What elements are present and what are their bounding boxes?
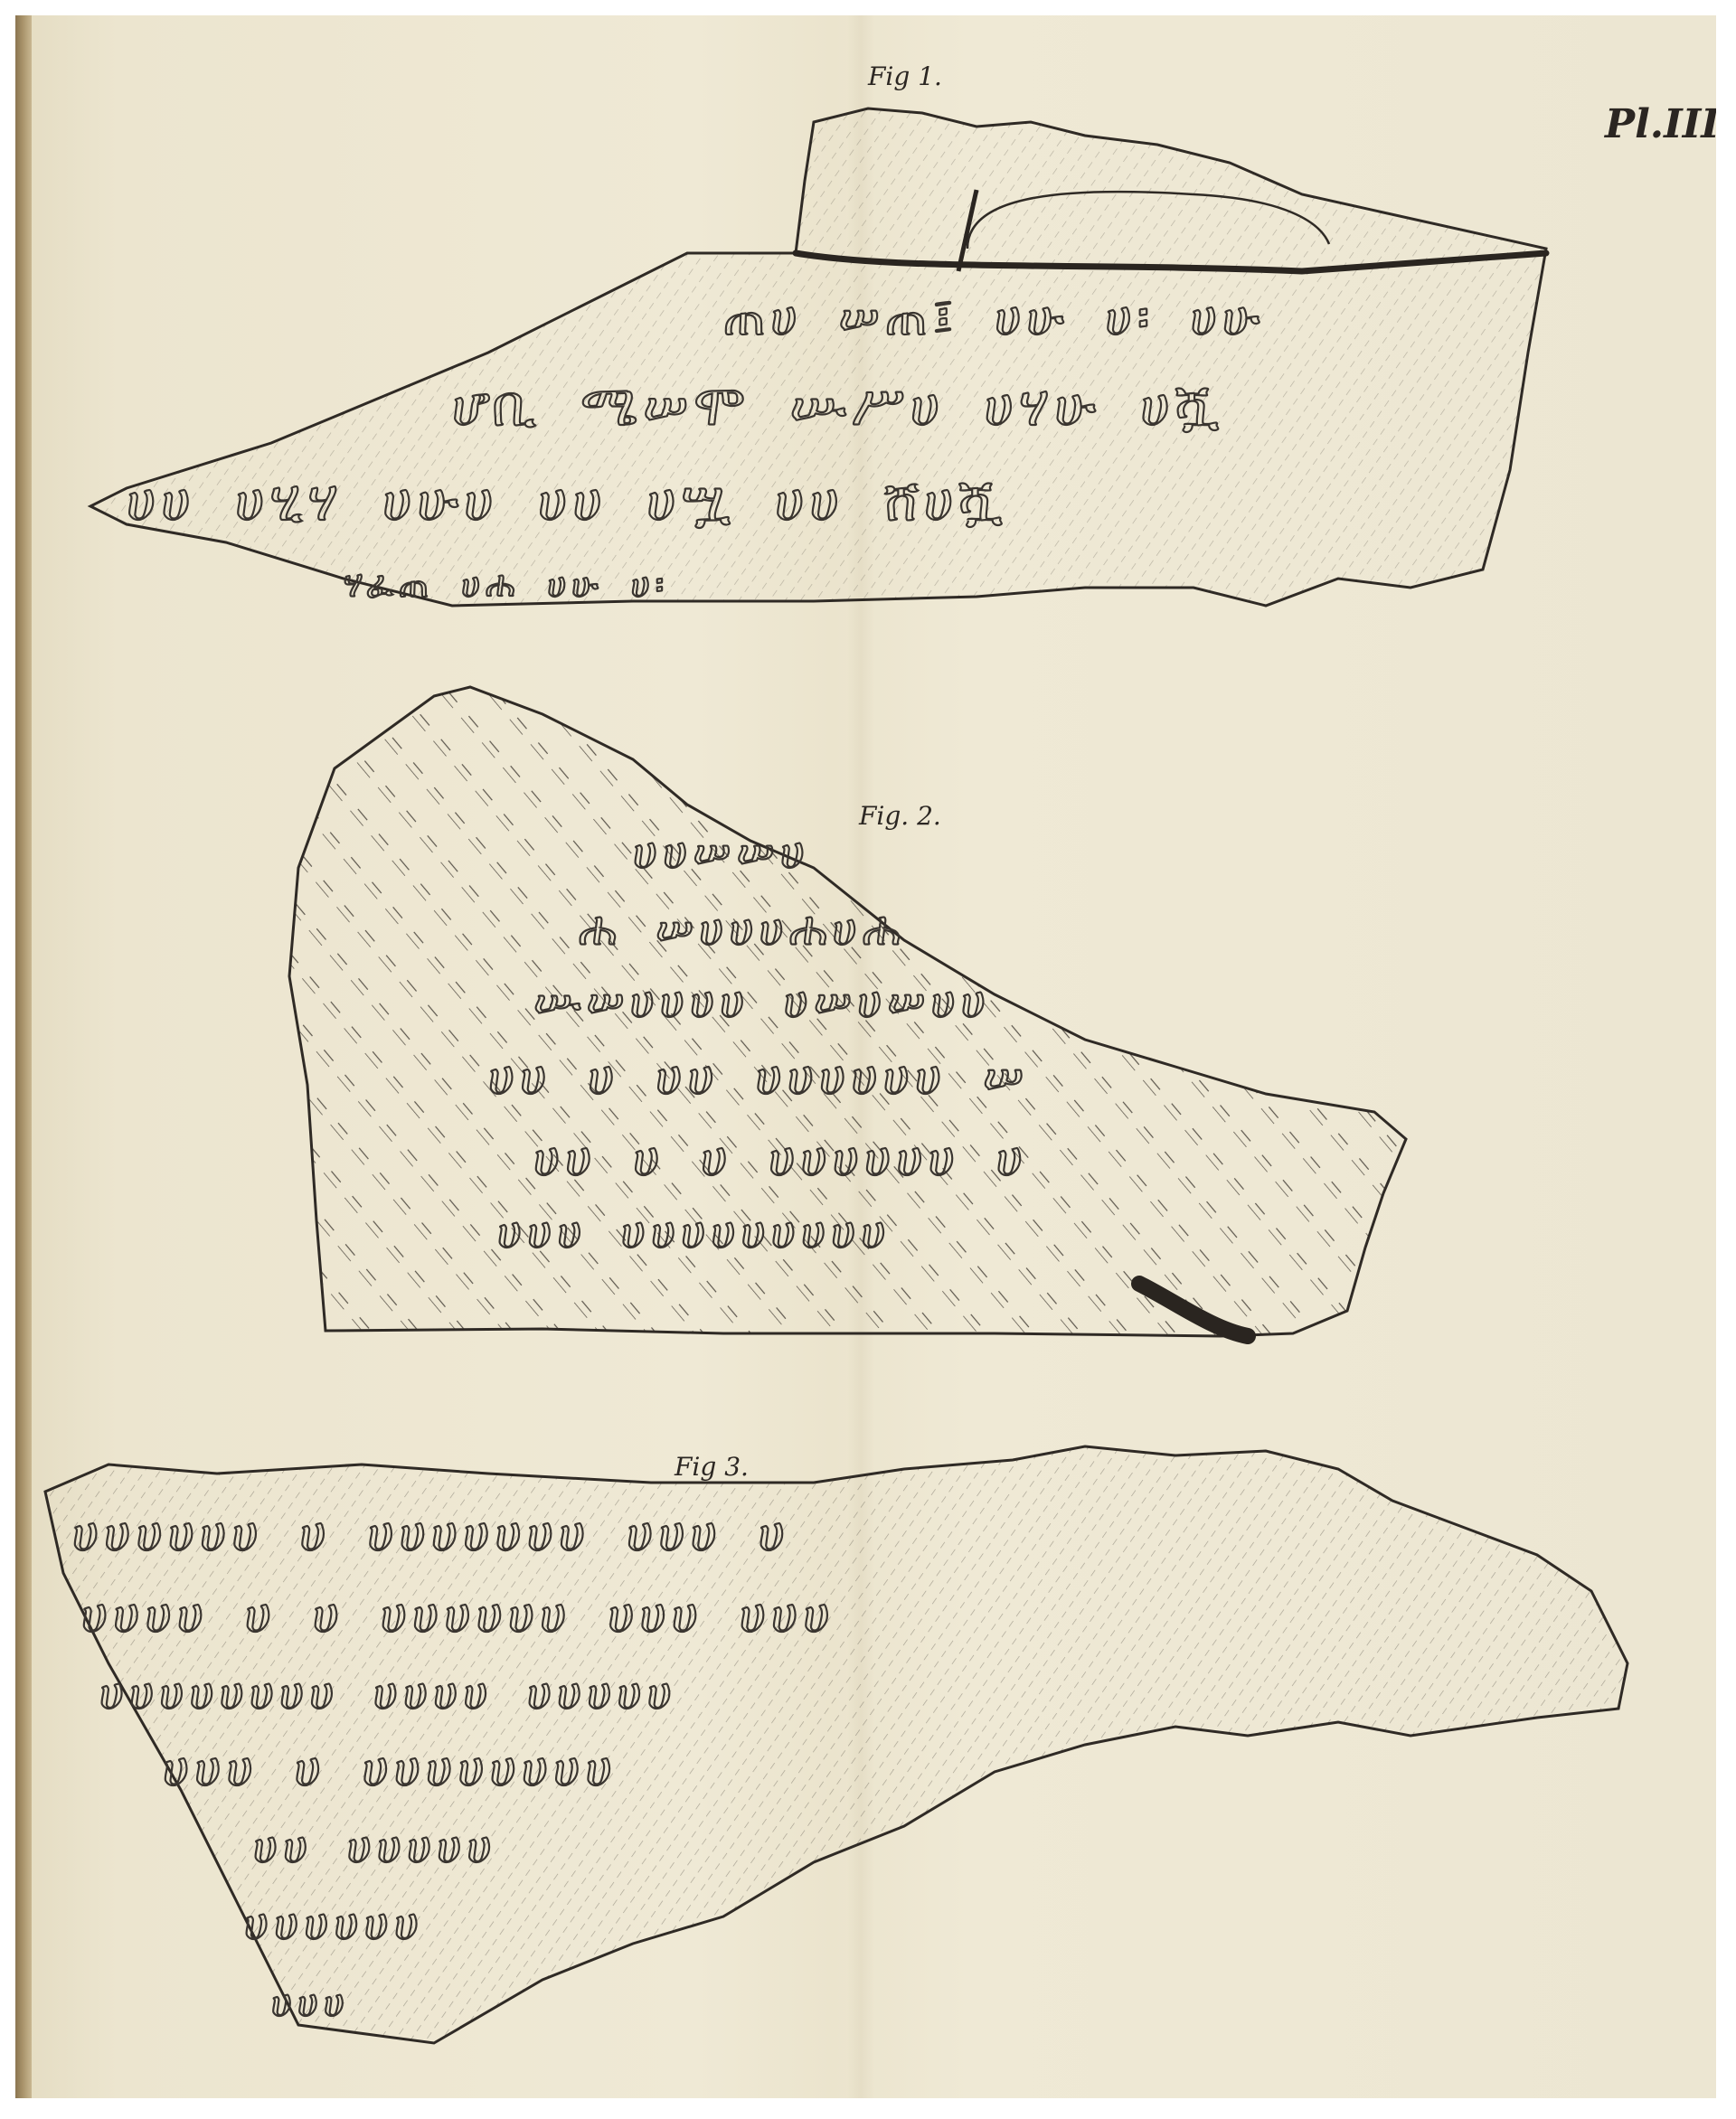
figure-3-label: Fig 3. [675, 1452, 749, 1482]
figure-3-inscription-line: ሀሀሀሀሀሀሀሀ ሀሀሀሀ ሀሀሀሀሀ [99, 1666, 677, 1720]
figure-2-label: Fig. 2. [859, 801, 941, 831]
figure-2-stone: ሀሀሠሠሀ ሐ ሠሀሀሀሐሀሐ ሡሠሀሀሀሀ ሀሠሀሠሀሀ ሀሀ ሀ ሀሀ ሀሀ… [289, 687, 1406, 1336]
figure-2-inscription-line: ሀሀ ሀ ሀሀ ሀሀሀሀሀሀ ሠ [488, 1048, 1030, 1107]
figure-3-inscription-line: ሀሀ ሀሀሀሀሀ [253, 1820, 497, 1874]
figure-3-inscription-line: ሀሀሀሀሀሀ ሀ ሀሀሀሀሀሀሀ ሀሀሀ ሀ [72, 1504, 790, 1563]
figure-3-inscription-line: ሀሀሀሀ ሀ ሀ ሀሀሀሀሀሀ ሀሀሀ ሀሀሀ [81, 1586, 835, 1644]
figure-1-stone: ጠሀ ሠጠ፤ ሀሁ ሀ፡ ሀሁ ሆቢ ሜሠሞ ሡሥሀ ሀሃሁ ሀሿ ሀሀ ሀሂሃ… [90, 108, 1546, 606]
plate-number-label: Pl.III [1605, 101, 1716, 147]
plate-page: ጠሀ ሠጠ፤ ሀሁ ሀ፡ ሀሁ ሆቢ ሜሠሞ ሡሥሀ ሀሃሁ ሀሿ ሀሀ ሀሂሃ… [15, 15, 1716, 2098]
figure-2-inscription-line: ሡሠሀሀሀሀ ሀሠሀሠሀሀ [533, 975, 991, 1029]
figure-3-inscription-line: ሀሀሀሀሀሀ [244, 1897, 424, 1951]
figure-3-inscription-line: ሀሀሀ ሀ ሀሀሀሀሀሀሀሀ [163, 1739, 618, 1798]
figure-3-inscription-line: ሀሀሀ [271, 1980, 350, 2026]
figure-1-inscription-line: ሀሀ ሀሂሃ ሀሁሀ ሀሀ ሀሧ ሀሀ ሸሀሿ [127, 467, 1008, 533]
figure-1-inscription-line: ሆቢ ሜሠሞ ሡሥሀ ሀሃሁ ሀሿ [452, 372, 1224, 438]
figure-1-inscription-line: ሃፈጠ ሀሐ ሀሁ ሀ፡ [344, 564, 669, 606]
plate-illustrations: ጠሀ ሠጠ፤ ሀሁ ሀ፡ ሀሁ ሆቢ ሜሠሞ ሡሥሀ ሀሃሁ ሀሿ ሀሀ ሀሂሃ… [15, 15, 1716, 2098]
figure-3-stone: ሀሀሀሀሀሀ ሀ ሀሀሀሀሀሀሀ ሀሀሀ ሀ ሀሀሀሀ ሀ ሀ ሀሀሀሀሀሀ ሀ… [45, 1446, 1627, 2043]
figure-2-inscription-line: ሀሀሠሠሀ [633, 825, 810, 880]
figure-1-label: Fig 1. [868, 61, 942, 91]
figure-2-inscription-line: ሐ ሠሀሀሀሐሀሐ [579, 902, 906, 956]
figure-2-inscription-line: ሀሀሀ ሀሀሀሀሀሀሀሀሀ [497, 1205, 892, 1259]
figure-2-inscription-line: ሀሀ ሀ ሀ ሀሀሀሀሀሀ ሀ [533, 1129, 1028, 1188]
figure-1-inscription-line: ጠሀ ሠጠ፤ ሀሁ ሀ፡ ሀሁ [723, 288, 1265, 347]
